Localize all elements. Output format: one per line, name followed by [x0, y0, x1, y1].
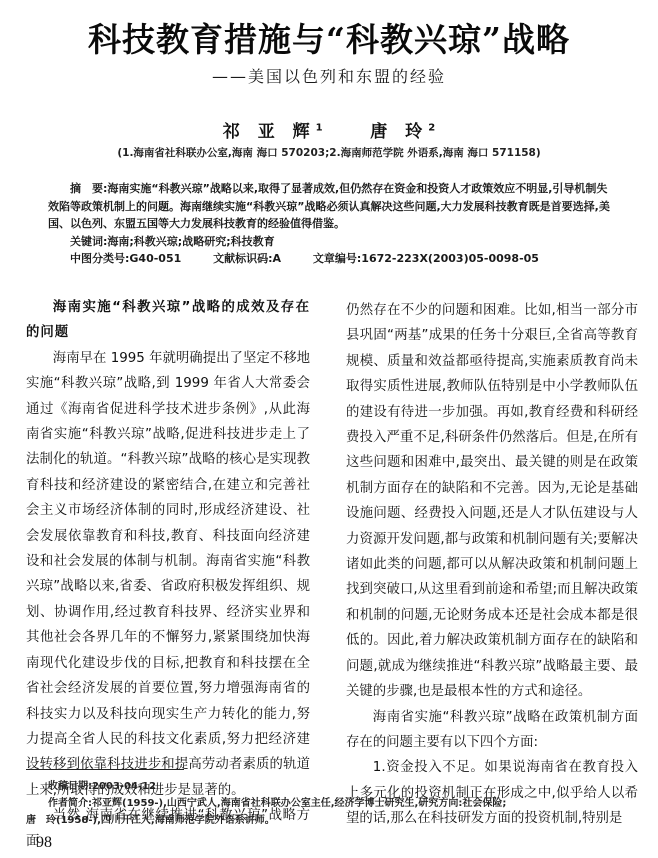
section-heading: 海南实施“科教兴琼”战略的成效及存在的问题	[26, 295, 310, 346]
body-column-left: 海南实施“科教兴琼”战略的成效及存在的问题 海南早在 1995 年就明确提出了坚…	[26, 295, 310, 854]
author-bio: 作者简介:祁亚辉(1959-),山西宁武人,海南省社科联办公室主任,经济学博士研…	[26, 795, 636, 812]
author-line: 祁 亚 辉1 唐 玲2	[0, 117, 658, 142]
author-affil-mark: 2	[428, 122, 435, 133]
author-bio-2: 唐 玲(1958-),四川开江人,海南师范学院外语系讲师。	[26, 812, 636, 829]
author-affil-mark: 1	[316, 122, 323, 133]
body-paragraph: 海南早在 1995 年就明确提出了坚定不移地实施“科教兴琼”战略,到 1999 …	[26, 346, 310, 803]
doc-code-label: 文献标识码:	[213, 252, 272, 265]
keywords: 关键词:海南;科教兴琼;战略研究;科技教育	[48, 233, 618, 251]
received-label: 收稿日期:	[48, 781, 92, 792]
author-name: 唐 玲	[370, 122, 428, 142]
footnote-divider	[26, 769, 184, 770]
bio-label: 作者简介:	[48, 798, 92, 809]
bio-text: 祁亚辉(1959-),山西宁武人,海南省社科联办公室主任,经济学博士研究生,研究…	[92, 798, 506, 809]
page-number: 98	[36, 834, 52, 852]
article-no-value: 1672-223X(2003)05-0098-05	[361, 252, 539, 265]
doc-code-value: A	[273, 252, 282, 265]
keywords-text: 海南;科教兴琼;战略研究;科技教育	[107, 235, 274, 248]
footnote: 收稿日期:2003-04-12 作者简介:祁亚辉(1959-),山西宁武人,海南…	[26, 778, 636, 829]
affiliation: (1.海南省社科联办公室,海南 海口 570203;2.海南师范学院 外语系,海…	[0, 145, 658, 160]
abstract-label: 摘 要:	[70, 182, 107, 195]
classification-line: 中图分类号:G40-051 文献标识码:A 文章编号:1672-223X(200…	[48, 250, 618, 268]
article-title: 科技教育措施与“科教兴琼”战略	[0, 14, 658, 61]
clc-label: 中图分类号:	[70, 252, 129, 265]
article-no-label: 文章编号:	[313, 252, 361, 265]
received-date: 收稿日期:2003-04-12	[26, 778, 636, 795]
received-value: 2003-04-12	[92, 781, 156, 792]
body-paragraph: 海南省实施“科教兴琼”战略在政策机制方面存在的问题主要有以下四个方面:	[346, 705, 638, 756]
clc-value: G40-051	[129, 252, 181, 265]
keywords-label: 关键词:	[70, 235, 107, 248]
author-name: 祁 亚 辉	[223, 122, 316, 142]
abstract-block: 摘 要:海南实施“科教兴琼”战略以来,取得了显著成效,但仍然存在资金和投资人才政…	[48, 180, 618, 268]
body-paragraph: 仍然存在不少的问题和困难。比如,相当一部分市县巩固“两基”成果的任务十分艰巨,全…	[346, 298, 638, 705]
abstract-text: 海南实施“科教兴琼”战略以来,取得了显著成效,但仍然存在资金和投资人才政策效应不…	[48, 182, 610, 230]
abstract: 摘 要:海南实施“科教兴琼”战略以来,取得了显著成效,但仍然存在资金和投资人才政…	[48, 180, 618, 233]
body-column-right: 仍然存在不少的问题和困难。比如,相当一部分市县巩固“两基”成果的任务十分艰巨,全…	[346, 298, 638, 832]
article-subtitle: ——美国以色列和东盟的经验	[0, 64, 658, 87]
